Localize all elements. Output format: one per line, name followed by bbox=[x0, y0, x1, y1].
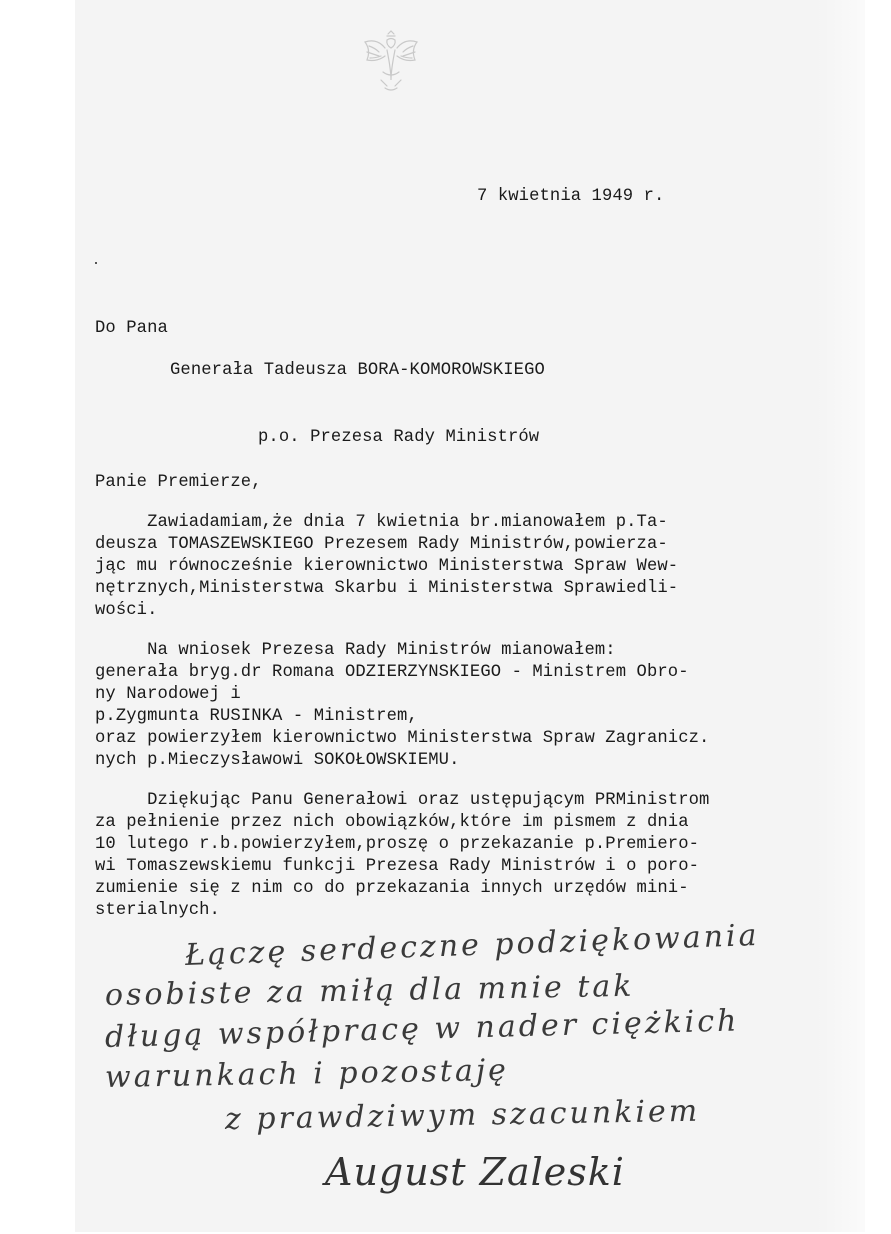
paper-speck bbox=[95, 262, 97, 264]
eagle-emblem-icon bbox=[357, 28, 425, 96]
paragraph-line: Zawiadamiam,że dnia 7 kwietnia br.mianow… bbox=[95, 512, 668, 534]
paragraph-line: wości. bbox=[95, 600, 158, 622]
addressee-line-2: Generała Tadeusza BORA-KOMOROWSKIEGO bbox=[170, 360, 545, 382]
letter-date: 7 kwietnia 1949 r. bbox=[477, 186, 664, 208]
paragraph-line: sterialnych. bbox=[95, 900, 220, 922]
paragraph-line: generała bryg.dr Romana ODZIERZYNSKIEGO … bbox=[95, 662, 689, 684]
letter-page: 7 kwietnia 1949 r. Do Pana Generała Tade… bbox=[75, 0, 865, 1232]
handwritten-line: Łączę serdeczne podziękowania bbox=[184, 918, 760, 973]
paragraph-line: p.Zygmunta RUSINKA - Ministrem, bbox=[95, 706, 418, 728]
paragraph-line: deusza TOMASZEWSKIEGO Prezesem Rady Mini… bbox=[95, 534, 668, 556]
paragraph-line: zumienie się z nim co do przekazania inn… bbox=[95, 878, 689, 900]
paragraph-line: nętrznych,Ministerstwa Skarbu i Minister… bbox=[95, 578, 678, 600]
handwritten-line: z prawdziwym szacunkiem bbox=[225, 1094, 701, 1137]
salutation: Panie Premierze, bbox=[95, 472, 262, 494]
signature: August Zaleski bbox=[325, 1150, 625, 1194]
paragraph-line: nych p.Mieczysławowi SOKOŁOWSKIEMU. bbox=[95, 750, 460, 772]
handwritten-line: osobiste za miłą dla mnie tak bbox=[105, 969, 635, 1013]
paragraph-line: Na wniosek Prezesa Rady Ministrów mianow… bbox=[95, 640, 616, 662]
paragraph-line: 10 lutego r.b.powierzyłem,proszę o przek… bbox=[95, 834, 699, 856]
paragraph-line: ny Narodowej i bbox=[95, 684, 241, 706]
handwritten-line: warunkach i pozostaję bbox=[105, 1053, 509, 1095]
paragraph-line: wi Tomaszewskiemu funkcji Prezesa Rady M… bbox=[95, 856, 699, 878]
paragraph-line: jąc mu równocześnie kierownictwo Ministe… bbox=[95, 556, 678, 578]
addressee-line-3: p.o. Prezesa Rady Ministrów bbox=[258, 427, 539, 449]
paragraph-line: Dziękując Panu Generałowi oraz ustępując… bbox=[95, 790, 709, 812]
paragraph-line: za pełnienie przez nich obowiązków,które… bbox=[95, 812, 689, 834]
addressee-line-1: Do Pana bbox=[95, 318, 168, 340]
paragraph-line: oraz powierzyłem kierownictwo Ministerst… bbox=[95, 728, 709, 750]
